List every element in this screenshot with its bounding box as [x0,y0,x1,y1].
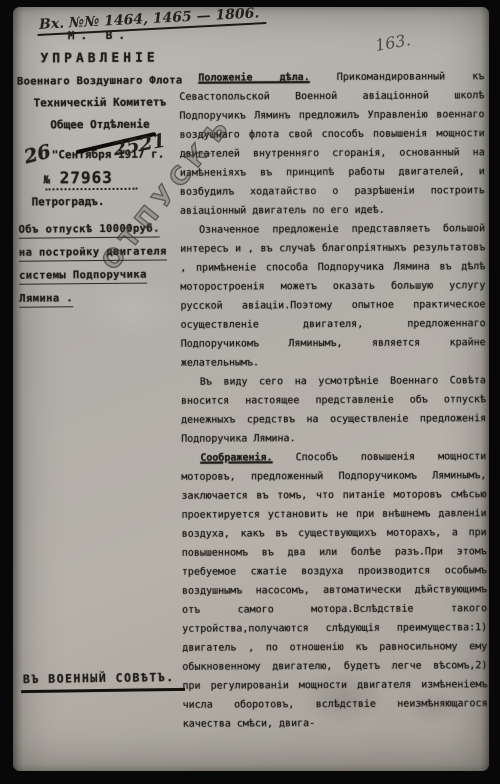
paragraph-heading: Положеніе дѣла. [198,72,309,84]
letterhead-line-fleet: Военнаго Воздушнаго Флота [17,74,183,87]
paragraph-soobrazhenia: Соображенія. Способъ повышенія мощности … [181,447,487,734]
dotted-underline [45,188,137,191]
paragraph-text: Прикомандированный къ Севастопольской Во… [179,71,485,217]
letterhead-number-row: № 27963 [17,167,183,190]
letterhead-line-committee: Техническій Комитетъ [17,95,183,109]
letterhead: М. В. УПРАВЛЕНІЕ Военнаго Воздушнаго Фло… [16,28,183,208]
handwritten-page-number: 163. [374,30,412,55]
document-number: 27963 [60,168,113,187]
letterhead-ministry-abbr: М. В. [16,28,182,42]
letterhead-city: Петроградъ. [18,194,184,208]
handwritten-day: 26 [22,140,53,168]
number-sign-label: № [43,173,50,186]
paragraph-polozhenie-dela: Положеніе дѣла. Прикомандированный къ Се… [179,67,485,221]
paragraph-heading: Соображенія. [200,452,272,463]
scan-background: Вх. №№ 1464, 1465 — 1806. 163. М. В. УПР… [0,0,500,784]
subject-block: Объ отпускѣ 10000руб. на постройку двига… [19,222,190,315]
body-text: Положеніе дѣла. Прикомандированный къ Се… [179,67,487,734]
paragraph-text: Способъ повышенія мощности моторовъ, пре… [181,451,487,730]
addressee-text: ВЪ ВОЕННЫЙ СОВѢТЪ. [21,670,185,693]
addressee-block: ВЪ ВОЕННЫЙ СОВѢТЪ. [21,667,185,692]
subject-line: Объ отпускѣ 10000руб. [19,223,160,239]
paragraph-interest: Означенное предложеніе представляетъ бол… [180,219,486,373]
subject-line: системы Подпоручика [19,269,147,285]
subject-line: на постройку двигателя [19,245,167,261]
subject-line: Лямина . [19,292,73,307]
paragraph-text: Означенное предложеніе представляетъ бол… [180,223,486,369]
paragraph-submission: Въ виду сего на усмотрѣніе Военнаго Совѣ… [181,371,486,449]
paragraph-text: Въ виду сего на усмотрѣніе Военнаго Совѣ… [181,375,486,445]
letterhead-title: УПРАВЛЕНІЕ [17,50,183,66]
document-page: Вх. №№ 1464, 1465 — 1806. 163. М. В. УПР… [13,7,489,771]
